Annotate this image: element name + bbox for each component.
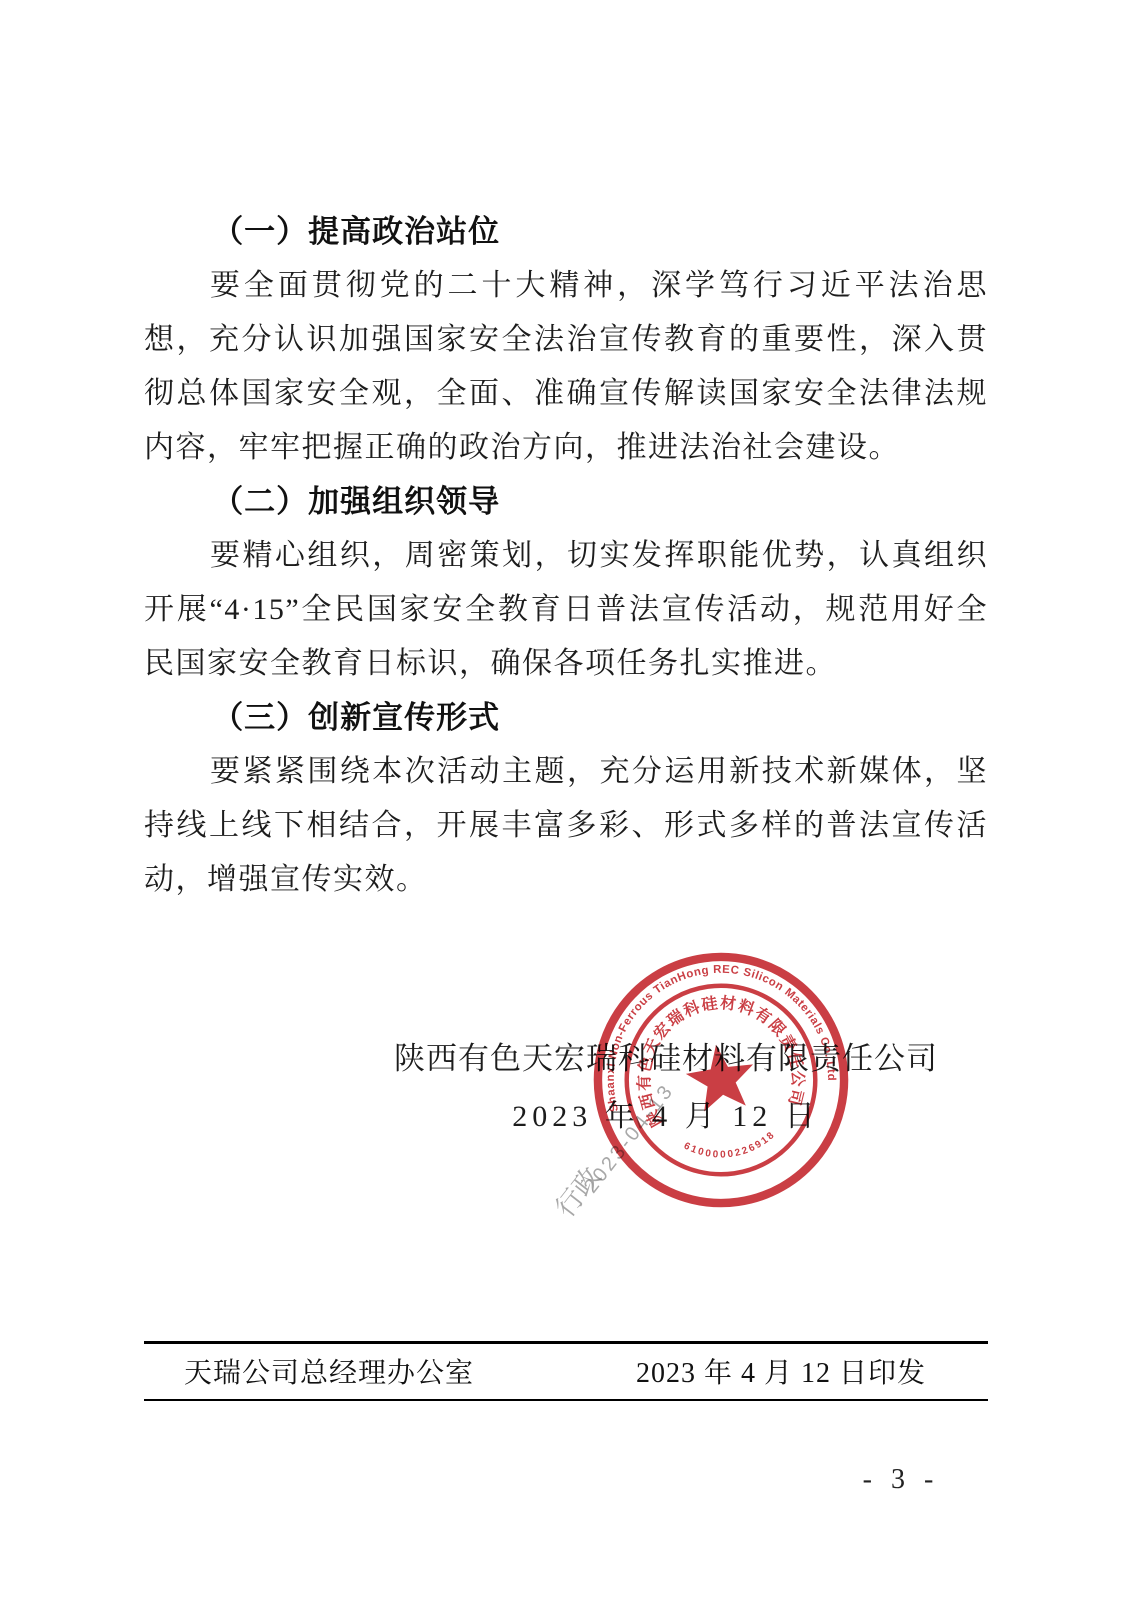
section-1-paragraph: 要全面贯彻党的二十大精神，深学笃行习近平法治思想，充分认识加强国家安全法治宣传教…	[144, 259, 988, 475]
section-1-heading: （一）提高政治站位	[144, 205, 988, 259]
document-body: （一）提高政治站位 要全面贯彻党的二十大精神，深学笃行习近平法治思想，充分认识加…	[144, 205, 988, 907]
document-footer: 天瑞公司总经理办公室 2023 年 4 月 12 日印发	[144, 1341, 988, 1401]
signature-company-name: 陕西有色天宏瑞科硅材料有限责任公司	[394, 1038, 938, 1080]
section-2: （二）加强组织领导 要精心组织，周密策划，切实发挥职能优势，认真组织开展“4·1…	[144, 475, 988, 691]
signature-block: 陕西有色天宏瑞科硅材料有限责任公司 2023 年 4 月 12 日	[394, 1038, 938, 1138]
footer-issuing-office: 天瑞公司总经理办公室	[184, 1351, 474, 1391]
section-3-heading: （三）创新宣传形式	[144, 691, 988, 745]
footer-row: 天瑞公司总经理办公室 2023 年 4 月 12 日印发	[144, 1344, 988, 1399]
section-2-paragraph: 要精心组织，周密策划，切实发挥职能优势，认真组织开展“4·15”全民国家安全教育…	[144, 529, 988, 691]
section-2-heading: （二）加强组织领导	[144, 475, 988, 529]
footer-print-date: 2023 年 4 月 12 日印发	[636, 1351, 926, 1391]
section-1: （一）提高政治站位 要全面贯彻党的二十大精神，深学笃行习近平法治思想，充分认识加…	[144, 205, 988, 475]
document-page: （一）提高政治站位 要全面贯彻党的二十大精神，深学笃行习近平法治思想，充分认识加…	[0, 0, 1131, 1600]
page-number: - 3 -	[821, 1464, 981, 1496]
signature-date: 2023 年 4 月 12 日	[512, 1096, 820, 1138]
seal-watermark-label: 行政	[544, 1157, 608, 1224]
section-3-paragraph: 要紧紧围绕本次活动主题，充分运用新技术新媒体，坚持线上线下相结合，开展丰富多彩、…	[144, 745, 988, 907]
section-3: （三）创新宣传形式 要紧紧围绕本次活动主题，充分运用新技术新媒体，坚持线上线下相…	[144, 691, 988, 907]
